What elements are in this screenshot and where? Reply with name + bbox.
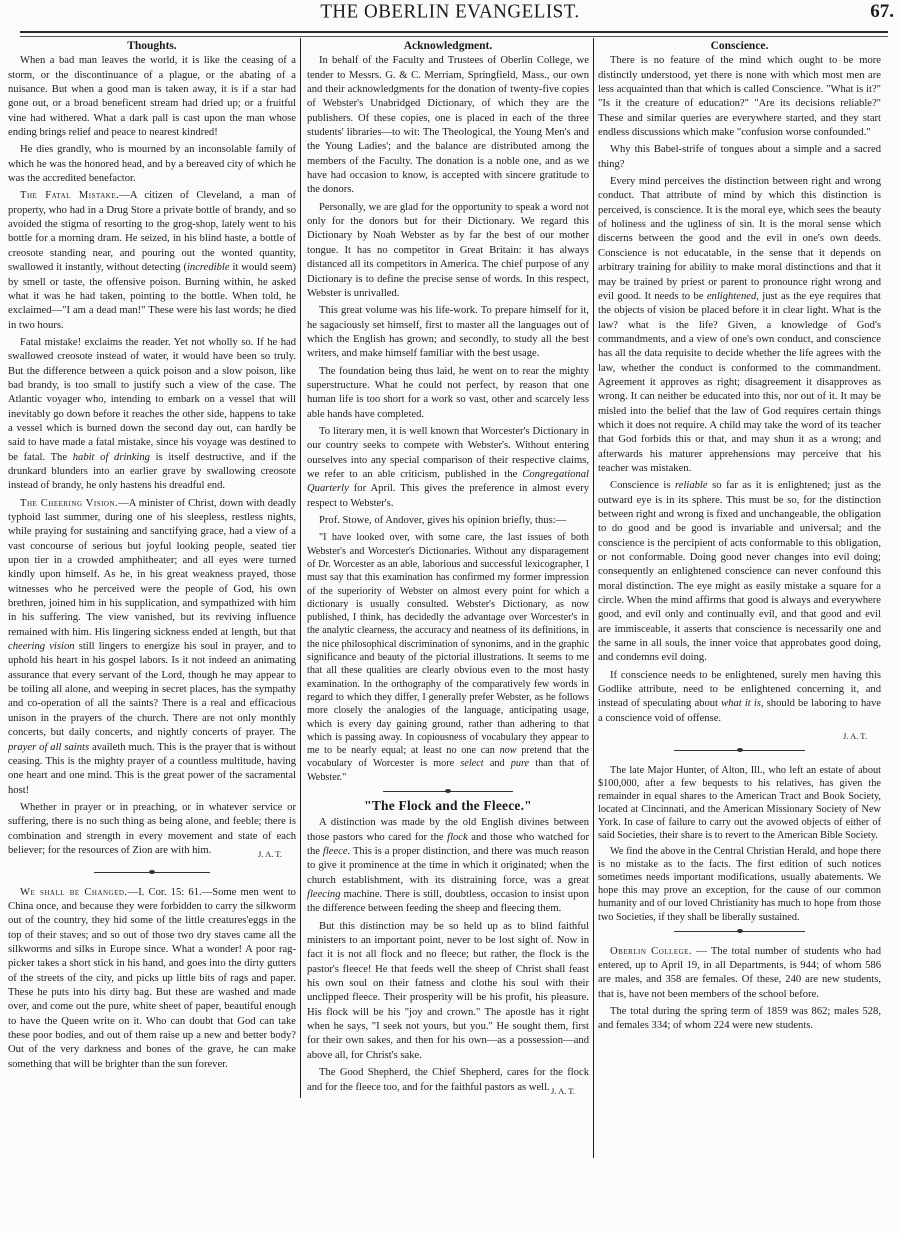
quotation: "I have looked over, with some care, the… [307, 531, 589, 784]
paragraph: We shall be Changed.—I. Cor. 15: 61.—Som… [8, 886, 296, 1072]
article-major-hunter: The late Major Hunter, of Alton, Ill., w… [598, 764, 881, 924]
paragraph-text: —I. Cor. 15: 61.—Some men went to China … [8, 887, 296, 1070]
italic-text: prayer of all saints [8, 742, 89, 753]
italic-text: what it is, [721, 698, 763, 709]
paragraph-cheering-vision: The Cheering Vision.—A minister of Chris… [8, 497, 296, 798]
italic-text: flock [447, 832, 468, 843]
paragraph: A distinction was made by the old Englis… [307, 816, 589, 916]
paragraph: Prof. Stowe, of Andover, gives his opini… [307, 514, 589, 528]
section-divider [307, 787, 589, 797]
paragraph: Every mind perceives the distinction bet… [598, 175, 881, 476]
article-flock-and-fleece: "The Flock and the Fleece." A distinctio… [307, 799, 589, 1098]
article-heading: Thoughts. [8, 39, 296, 53]
paragraph-text: Every mind perceives the distinction bet… [598, 176, 881, 302]
paragraph-text: so far as it is enlightened; just as the… [598, 480, 881, 663]
section-divider [8, 868, 296, 878]
italic-text: cheering vision [8, 641, 75, 652]
page-number: 67. [870, 1, 894, 23]
italic-text: habit of drinking [73, 452, 150, 463]
newspaper-title: THE OBERLIN EVANGELIST. [0, 0, 900, 23]
italic-text: fleece. [323, 846, 350, 857]
article-oberlin-college: Oberlin College. — The total number of s… [598, 945, 881, 1034]
article-heading: Acknowledgment. [307, 39, 589, 53]
author-signature: J. A. T. [598, 729, 867, 743]
paragraph: The late Major Hunter, of Alton, Ill., w… [598, 764, 881, 843]
section-label: We shall be Changed. [20, 887, 128, 898]
article-thoughts: Thoughts. When a bad man leaves the worl… [8, 39, 296, 862]
paragraph-text: The foundation being thus laid, he went … [307, 366, 589, 420]
paragraph-text: In behalf of the Faculty and Trustees of… [307, 55, 589, 195]
paragraph: But this distinction may be so held up a… [307, 920, 589, 1063]
column-rule-2 [593, 38, 594, 1158]
column-3: Conscience. There is no feature of the m… [598, 39, 881, 1229]
paragraph: Conscience is reliable so far as it is e… [598, 479, 881, 665]
paragraph-text: Why this Babel-strife of tongues about a… [598, 144, 881, 169]
paragraph-text: still lingers to energize his soul in pr… [8, 641, 296, 738]
paragraph: Oberlin College. — The total number of s… [598, 945, 881, 1002]
paragraph: Fatal mistake! exclaims the reader. Yet … [8, 336, 296, 494]
header-rule [20, 31, 888, 37]
italic-text: fleecing [307, 889, 341, 900]
paragraph-text: "I have looked over, with some care, the… [307, 532, 589, 756]
article-heading: "The Flock and the Fleece." [307, 799, 589, 813]
paragraph: Why this Babel-strife of tongues about a… [598, 143, 881, 172]
paragraph-text: The late Major Hunter, of Alton, Ill., w… [598, 765, 881, 841]
paragraph: He dies grandly, who is mourned by an in… [8, 143, 296, 186]
paragraph-text: just as the eye requires that the object… [598, 291, 881, 474]
italic-text: now [500, 745, 517, 756]
italic-text: pure [511, 758, 529, 769]
paragraph-text: We find the above in the Central Christi… [598, 846, 881, 922]
section-divider [598, 927, 881, 937]
paragraph-text: —A minister of Christ, down with deadly … [8, 498, 296, 638]
article-heading: Conscience. [598, 39, 881, 53]
masthead: THE OBERLIN EVANGELIST. 67. [0, 0, 900, 22]
section-label: The Cheering Vision. [20, 498, 118, 509]
article-conscience: Conscience. There is no feature of the m… [598, 39, 881, 744]
paragraph-text: machine. There is still, doubtless, occa… [307, 889, 589, 914]
paragraph-text: He dies grandly, who is mourned by an in… [8, 144, 296, 184]
paragraph-text: for April. This gives the preference in … [307, 483, 589, 508]
paragraph: We find the above in the Central Christi… [598, 845, 881, 924]
paragraph-fatal-mistake: The Fatal Mistake.—A citizen of Clevelan… [8, 189, 296, 332]
column-2: Acknowledgment. In behalf of the Faculty… [307, 39, 589, 1229]
paragraph-text: The total during the spring term of 1859… [598, 1006, 881, 1031]
paragraph-text: The Good Shepherd, the Chief Shepherd, c… [307, 1067, 589, 1092]
paragraph: The total during the spring term of 1859… [598, 1005, 881, 1034]
paragraph-text: and [484, 758, 511, 769]
italic-text: select [460, 758, 483, 769]
paragraph-text: Fatal mistake! exclaims the reader. Yet … [8, 337, 296, 463]
column-rule-1 [300, 38, 301, 1098]
paragraph: There is no feature of the mind which ou… [598, 54, 881, 140]
column-1: Thoughts. When a bad man leaves the worl… [8, 39, 296, 1229]
paragraph: To literary men, it is well known that W… [307, 425, 589, 511]
section-divider [598, 746, 881, 756]
paragraph: Personally, we are glad for the opportun… [307, 201, 589, 301]
paragraph-text: This is a proper distinction, and there … [307, 846, 589, 886]
article-acknowledgment: Acknowledgment. In behalf of the Faculty… [307, 39, 589, 784]
paragraph: This great volume was his life-work. To … [307, 304, 589, 361]
paragraph: In behalf of the Faculty and Trustees of… [307, 54, 589, 197]
article-we-shall-be-changed: We shall be Changed.—I. Cor. 15: 61.—Som… [8, 886, 296, 1072]
paragraph-text: When a bad man leaves the world, it is l… [8, 55, 296, 138]
paragraph: The foundation being thus laid, he went … [307, 365, 589, 422]
paragraph-text: Prof. Stowe, of Andover, gives his opini… [319, 515, 566, 526]
italic-text: reliable [675, 480, 708, 491]
paragraph: When a bad man leaves the world, it is l… [8, 54, 296, 140]
paragraph-text: There is no feature of the mind which ou… [598, 55, 881, 138]
paragraph: If conscience needs to be enlightened, s… [598, 669, 881, 726]
paragraph-text: Conscience is [610, 480, 675, 491]
italic-text: enlightened, [707, 291, 759, 302]
paragraph-text: This great volume was his life-work. To … [307, 305, 589, 359]
italic-text: incredible [187, 262, 230, 273]
section-label: Oberlin College. [610, 946, 692, 957]
paragraph-text: Personally, we are glad for the opportun… [307, 202, 589, 299]
section-label: The Fatal Mistake. [20, 190, 119, 201]
paragraph-text: But this distinction may be so held up a… [307, 921, 589, 1061]
paragraph: The Good Shepherd, the Chief Shepherd, c… [307, 1066, 589, 1095]
paragraph-text: —A citizen of Cleveland, a man of proper… [8, 190, 296, 273]
